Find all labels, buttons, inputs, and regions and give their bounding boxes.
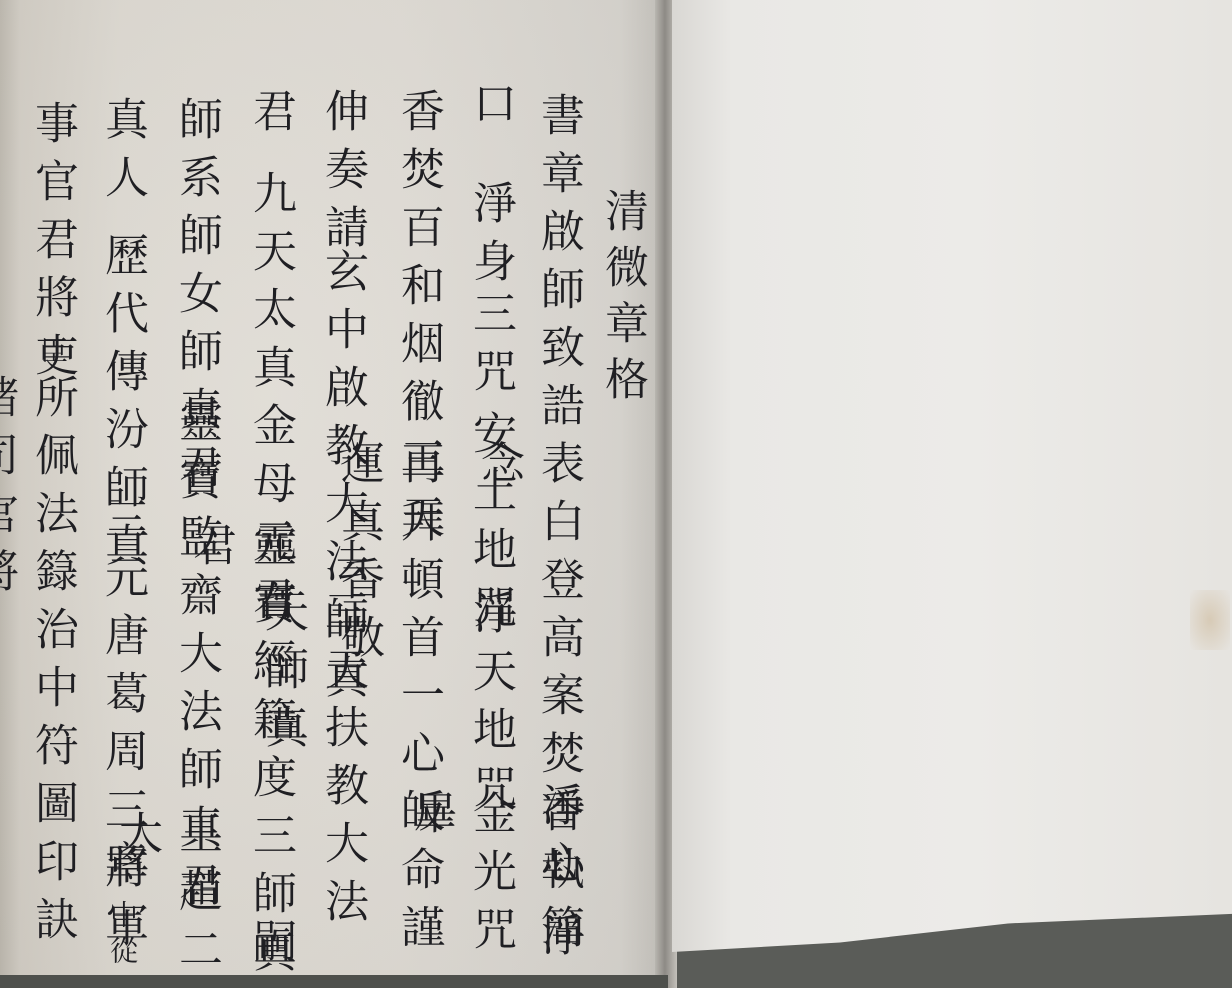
column-7-segment-1: 真人 [92, 96, 152, 212]
column-8-segment-2: 臣 [22, 336, 82, 372]
column-4-segment-3: 三天扶教大法天師真 [312, 588, 372, 988]
column-7-segment-4: 章 [92, 840, 152, 898]
right-page-blank [672, 0, 1232, 952]
column-4-segment-1: 伸奏請 [312, 88, 372, 262]
column-2-segment-5: 淨天地咒 [460, 590, 520, 822]
column-1-segment-3: 淨心 [528, 782, 588, 898]
column-2-segment-3: 三咒 [460, 290, 520, 406]
column-6-segment-3: 王趙二大 [166, 810, 226, 988]
column-8-segment-3: 所佩法籙治中符圖印訣諸司官將 [22, 374, 82, 988]
column-3-segment-2: 再拜頓首一心皈命謹運真香敬 [388, 440, 448, 988]
text-column-5: 君 九天太真金母元君 靈寶經籍度三師真君 嗣 [240, 0, 300, 988]
text-column-3: 香焚百和烟徹三天 再拜頓首一心皈命謹運真香敬 [388, 0, 448, 988]
text-column-4: 伸奏請 玄中啟教大法師真 三天扶教大法天師真 [312, 0, 372, 988]
column-2-segment-2: 淨身 [460, 180, 520, 296]
column-5-segment-1: 君 [240, 88, 300, 146]
text-column-8: 事官君將吏 臣 所佩法籙治中符圖印訣諸司官將 [22, 0, 82, 988]
text-column-7: 真人 歷代傳汾師真 三元唐葛周三將軍 章 中從 [92, 0, 152, 988]
text-column-6: 師系師女師真君 靈寶監齋大法師真君 王趙二大 [166, 0, 226, 988]
column-5-segment-4: 嗣 [240, 918, 300, 976]
column-1-segment-4: 淨 [528, 912, 588, 970]
column-1-segment-1: 書章啟師致誥 [528, 92, 588, 440]
paper-stain [1190, 590, 1230, 650]
column-1-segment-2: 表白登高案焚香執簡念 [528, 440, 588, 988]
column-2-segment-6: 金光咒畢 [460, 790, 520, 988]
column-7-segment-5: 中從 [92, 900, 152, 972]
title-column: 清微章格 [592, 0, 652, 988]
text-column-2: 口 淨身 三咒 安土地咒 淨天地咒 金光咒畢 [460, 0, 520, 988]
text-column-1: 書章啟師致誥 表白登高案焚香執簡念 淨心 淨 [528, 0, 588, 988]
document-title: 清微章格 [592, 188, 652, 412]
column-2-segment-1: 口 [460, 80, 520, 138]
